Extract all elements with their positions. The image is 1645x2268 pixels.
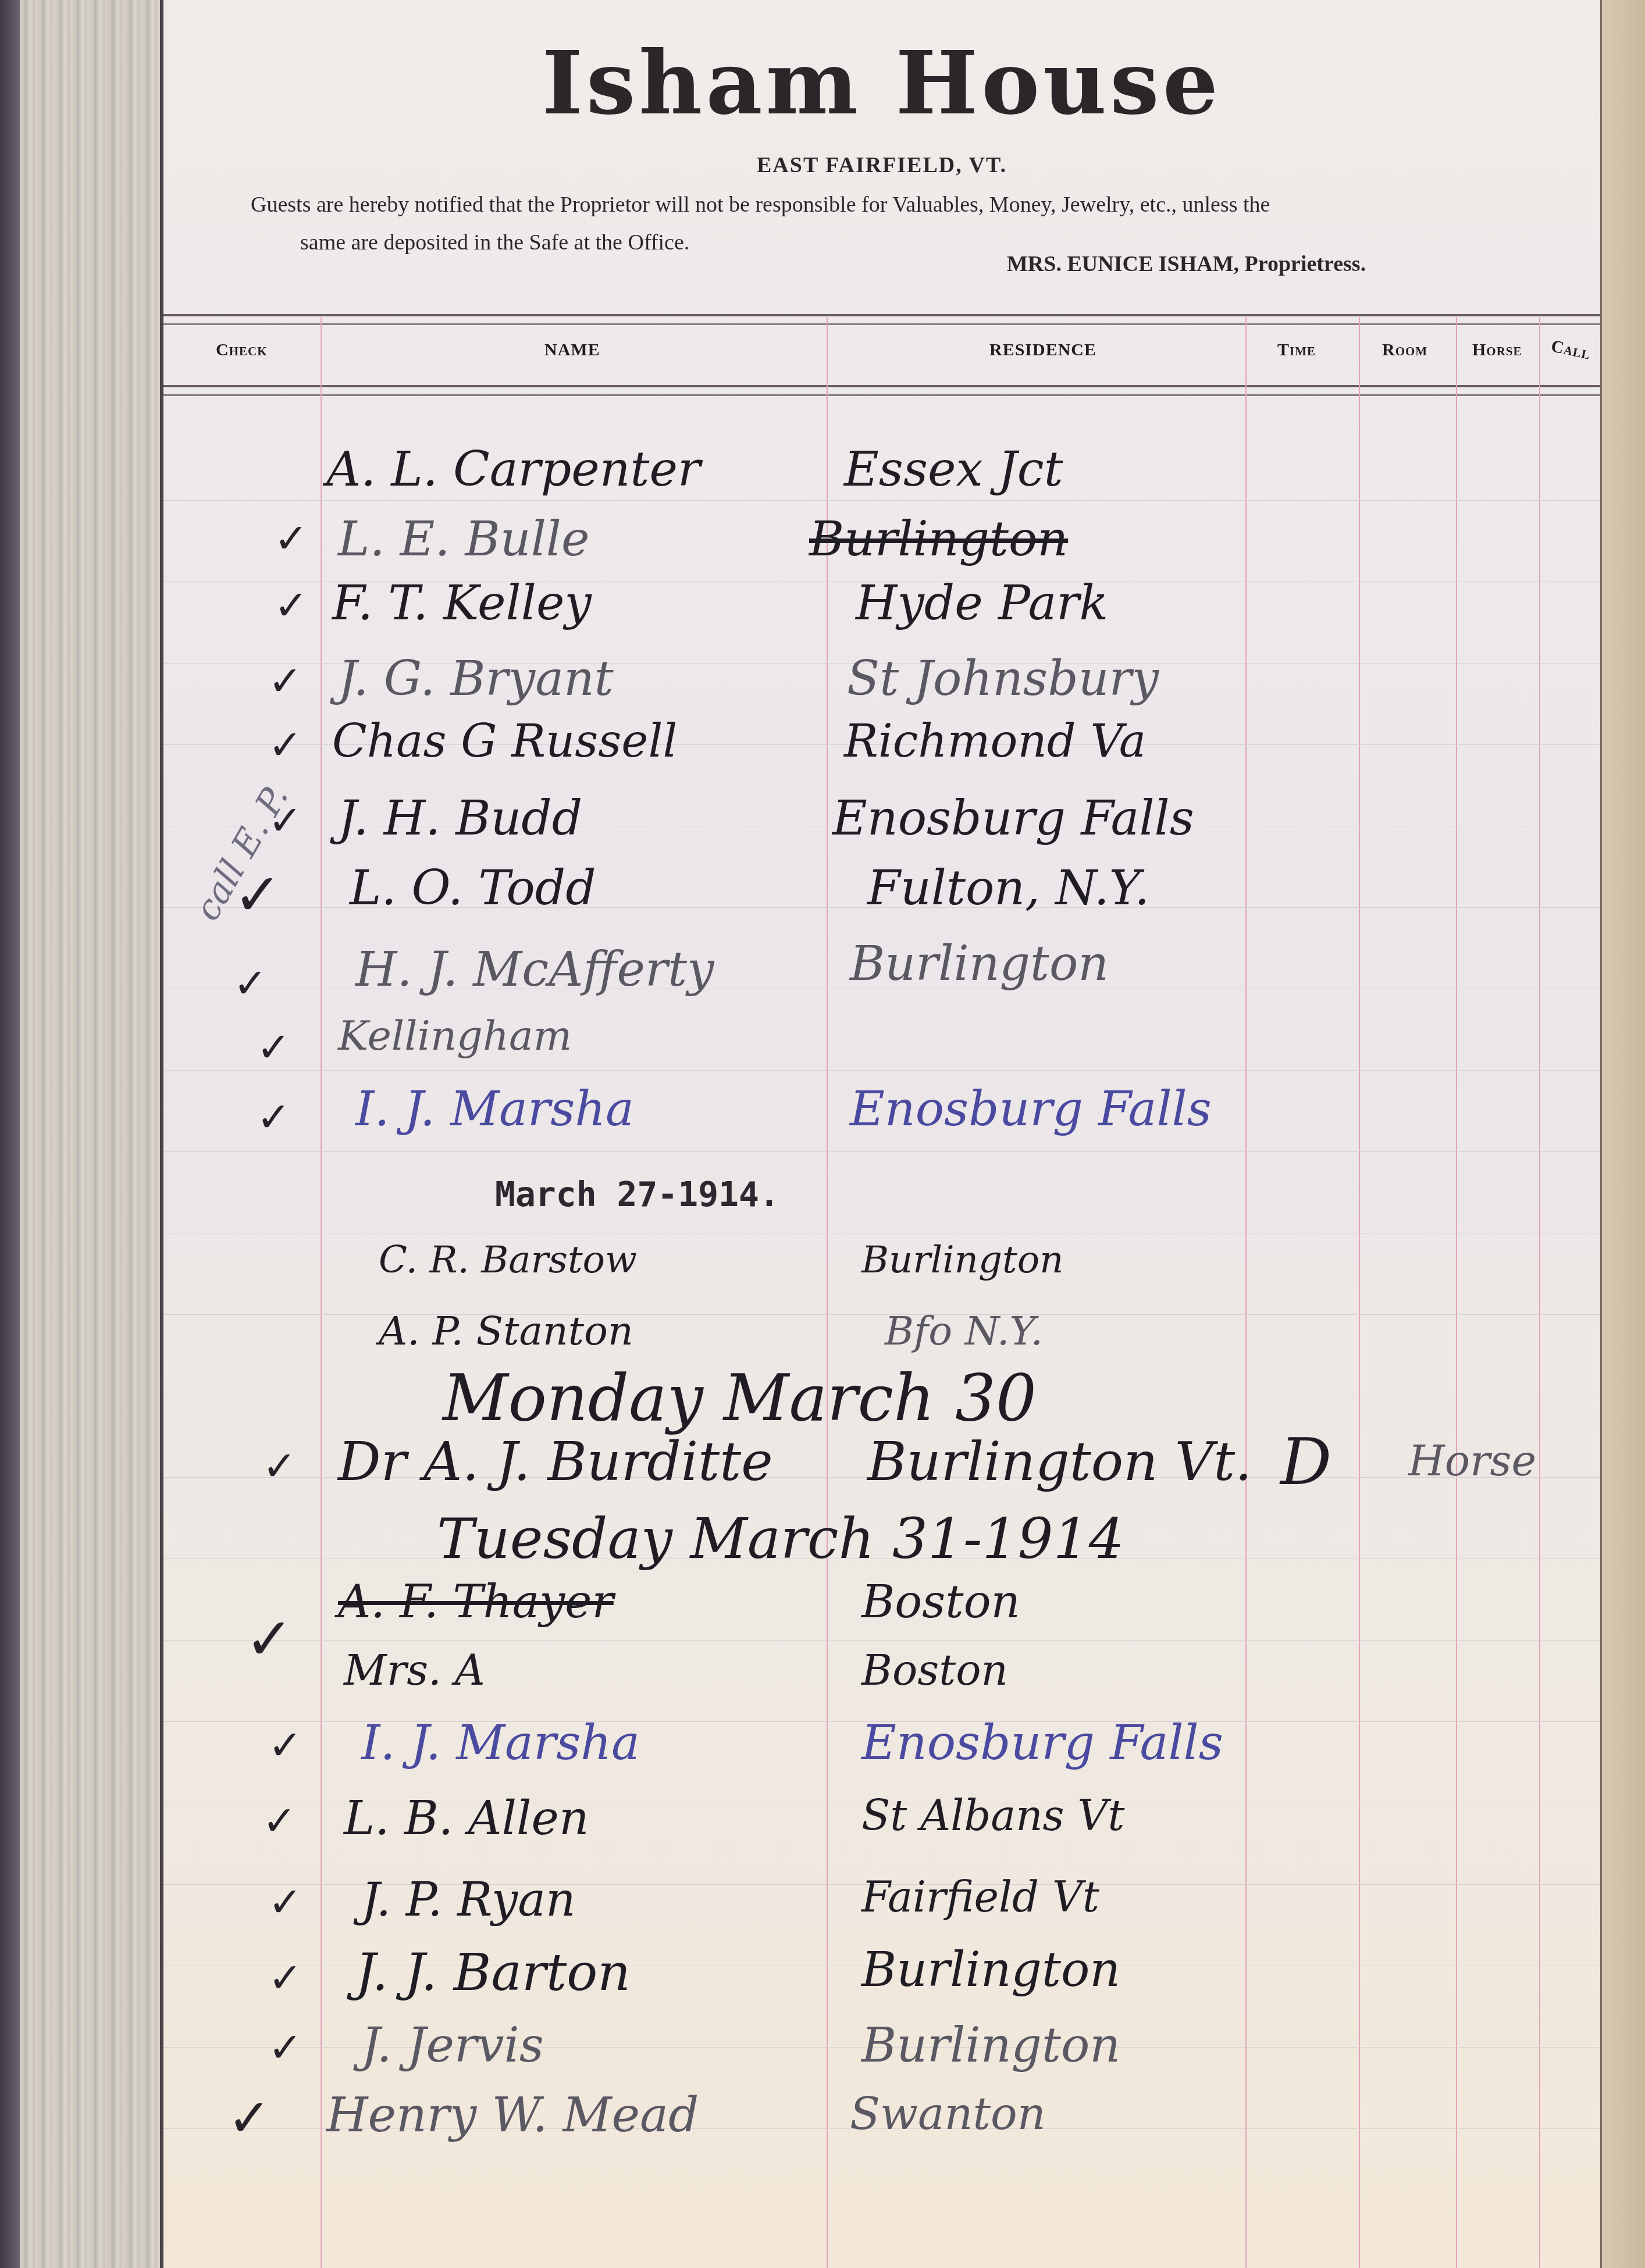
header-rule-bottom (163, 385, 1600, 396)
guest-name: Henry W. Mead (326, 2088, 699, 2143)
column-divider (1245, 317, 1247, 2268)
check-mark-icon: ✓ (257, 1093, 291, 1141)
hotel-location: EAST FAIRFIELD, VT. (163, 152, 1600, 178)
guest-residence: Fulton, N.Y. (867, 861, 1149, 916)
column-header-horse: Horse (1472, 340, 1522, 360)
check-mark-icon: ✓ (268, 1721, 302, 1769)
room-value: D (1280, 1425, 1331, 1499)
guest-residence: Boston (861, 1646, 1008, 1695)
guest-residence: Burlington (861, 1239, 1063, 1282)
column-divider (827, 317, 828, 2268)
check-mark-icon: ✓ (262, 1442, 297, 1490)
guest-residence: Burlington (850, 936, 1109, 992)
register-page: Isham House EAST FAIRFIELD, VT. Guests a… (163, 0, 1600, 2268)
guest-name: H. J. McAfferty (355, 942, 714, 997)
check-mark-icon: ✓ (274, 515, 308, 562)
guest-name: A. F. Thayer (338, 1576, 614, 1628)
guest-residence: Bfo N.Y. (885, 1308, 1043, 1354)
horse-value: Horse (1408, 1436, 1536, 1485)
guest-name: C. R. Barstow (379, 1239, 637, 1282)
guest-name: A. P. Stanton (379, 1308, 633, 1354)
guest-name: Chas G Russell (332, 715, 677, 768)
guest-name: J. Jervis (361, 2018, 544, 2073)
guest-residence: Swanton (850, 2088, 1046, 2139)
ruled-line (163, 1233, 1600, 1233)
check-mark-icon: ✓ (268, 1878, 302, 1926)
column-header-residence: RESIDENCE (989, 340, 1096, 360)
date-heading: Tuesday March 31-1914 (437, 1506, 1124, 1571)
notice-line-2: same are deposited in the Safe at the Of… (300, 230, 689, 255)
guest-name: J. P. Ryan (361, 1873, 575, 1927)
ruled-line (163, 1640, 1600, 1641)
notice-line-1: Guests are hereby notified that the Prop… (251, 192, 1270, 217)
check-mark-icon: ✓ (227, 2088, 271, 2149)
guest-residence: Enosburg Falls (832, 791, 1194, 846)
date-heading: Monday March 30 (443, 1361, 1037, 1435)
guest-name: J. H. Budd (338, 791, 582, 846)
guest-residence: Burlington (861, 2018, 1120, 2073)
guest-residence: Enosburg Falls (861, 1716, 1223, 1771)
check-mark-icon: ✓ (268, 657, 302, 705)
guest-name: J. J. Barton (355, 1942, 631, 2002)
guest-name: I. J. Marsha (355, 1082, 634, 1137)
column-divider (321, 317, 322, 2268)
ruled-line (163, 1151, 1600, 1152)
column-header-time: Time (1277, 340, 1316, 360)
column-divider (1539, 317, 1540, 2268)
check-mark-icon: ✓ (233, 960, 268, 1007)
guest-residence: Burlington Vt. (867, 1431, 1252, 1493)
guest-name: J. G. Bryant (338, 651, 614, 707)
check-mark-icon: ✓ (268, 1954, 302, 2002)
check-mark-icon: ✓ (274, 582, 308, 629)
guest-residence: St Johnsbury (847, 651, 1159, 707)
proprietress-line: MRS. EUNICE ISHAM, Proprietress. (1007, 251, 1366, 277)
guest-name: F. T. Kelley (332, 576, 592, 631)
hotel-title: Isham House (163, 32, 1600, 134)
guest-residence: Burlington (861, 1942, 1120, 1998)
guest-name: Mrs. A (344, 1646, 485, 1695)
register-header: Isham House EAST FAIRFIELD, VT. Guests a… (163, 0, 1600, 314)
guest-residence: Burlington (809, 512, 1068, 567)
date-heading: March 27-1914. (495, 1175, 779, 1214)
guest-residence: St Albans Vt (861, 1791, 1124, 1840)
guest-name: A. L. Carpenter (326, 442, 700, 497)
column-header-name: NAME (544, 340, 600, 360)
guest-name: Dr A. J. Burditte (338, 1431, 773, 1493)
book-page-stack (0, 0, 163, 2268)
check-mark-icon: ✓ (268, 721, 302, 769)
column-header-call: Call (1549, 336, 1592, 364)
book-right-edge (1600, 0, 1645, 2268)
check-mark-icon: ✓ (245, 1605, 294, 1673)
column-divider (1456, 317, 1457, 2268)
column-divider (1359, 317, 1360, 2268)
guest-residence: Boston (861, 1576, 1020, 1628)
header-rule-top (163, 314, 1600, 325)
check-mark-icon: ✓ (268, 2024, 302, 2071)
column-header-check: Check (216, 340, 268, 360)
ruled-line (163, 1070, 1600, 1071)
column-header-room: Room (1382, 340, 1427, 360)
guest-name: L. O. Todd (350, 861, 596, 916)
ruled-line (163, 500, 1600, 501)
guest-residence: Essex Jct (844, 442, 1063, 497)
check-mark-icon: ✓ (262, 1797, 297, 1845)
guest-name: I. J. Marsha (361, 1716, 640, 1771)
guest-name: L. B. Allen (344, 1791, 589, 1845)
guest-name: Kellingham (338, 1012, 572, 1060)
guest-name: L. E. Bulle (338, 512, 590, 567)
guest-residence: Fairfield Vt (861, 1873, 1099, 1921)
check-mark-icon: ✓ (257, 1024, 291, 1071)
guest-residence: Hyde Park (856, 576, 1108, 631)
guest-residence: Enosburg Falls (850, 1082, 1212, 1137)
guest-residence: Richmond Va (844, 715, 1146, 768)
